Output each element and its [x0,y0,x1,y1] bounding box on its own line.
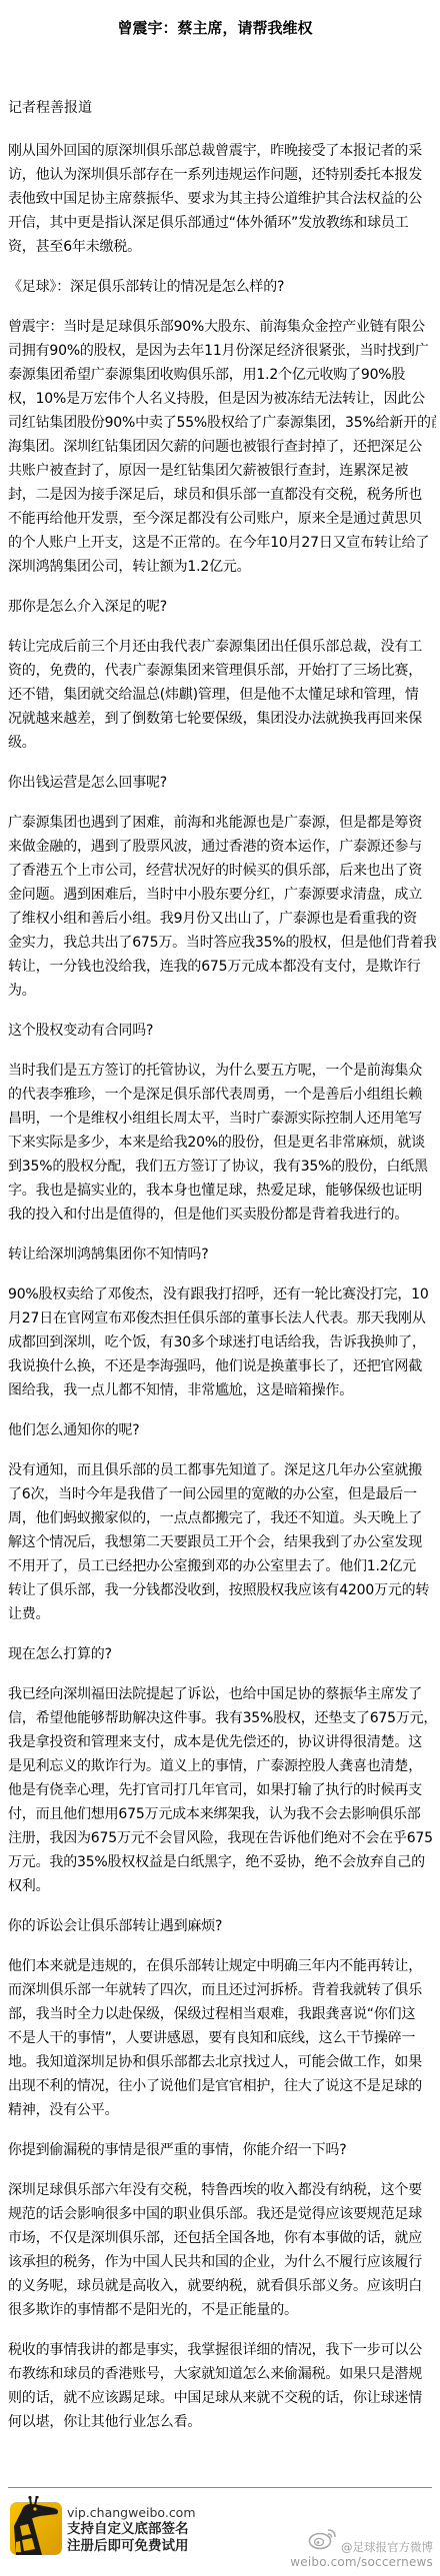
text-line: 你提到偷漏税的事情是很严重的事情，你能介绍一下吗? [8,2138,436,2162]
answer-paragraph: 税收的事情我讲的都是事实，我掌握很详细的情况，我下一步可以公布教练和球员的香港账… [8,2338,436,2434]
text-line: 泰源集团希望广泰源集团收购俱乐部，用1.2个亿元收购了90%股 [8,363,436,387]
text-line: 何以堪，你让其他行业怎么看。 [8,2410,436,2434]
text-line: 还不错，集团就交给温总(炜麒)管理，但是他不太懂足球和管理，情 [8,683,436,707]
text-line: 转让给深圳鸿鹄集团你不知情吗? [8,1243,436,1267]
answer-paragraph: 深圳足球俱乐部六年没有交税，特鲁西埃的收入都没有纳税，这个要规范的话会影响很多中… [8,2178,436,2322]
text-line: 部，我当时全力以赴保级，保级过程相当艰难，我跟龚喜说“你们这 [8,2002,436,2026]
text-line: 资，甚至6年未缴税。 [8,235,436,259]
text-line: 规范的话会影响很多中国的职业俱乐部。我还是觉得应该要规范足球 [8,2202,436,2226]
text-line: 很多欺诈的事情都不是阳光的，不是正能量的。 [8,2298,436,2322]
text-line: 我已经向深圳福田法院提起了诉讼，也给中国足协的蔡振华主席发了 [8,1682,436,1706]
byline: 记者程善报道 [8,96,92,120]
footer-divider [8,2487,432,2488]
watermark-url: weibo.com/soccernews [290,2554,433,2570]
text-line: 当时我们是五方签订的托管协议，为什么要五方呢，一个是前海集众 [8,1059,436,1083]
text-line: 是见利忘义的欺诈行为。道义上的事情，广泰源控股人龚喜也清楚， [8,1754,436,1778]
text-line: 共账户被查封了，原因一是红钻集团欠薪被银行查封，连累深足被 [8,459,436,483]
text-line: 他们本来就是违规的，在俱乐部转让规定中明确三年内不能再转让， [8,1954,436,1978]
text-line: 该承担的税务，作为中国人民共和国的企业，为什么不履行应该履行 [8,2250,436,2274]
text-line: 为。 [8,979,436,1003]
text-line: 权，10%是万宏伟个人名义持股，但是因为被冻结无法转让，因此公 [8,387,436,411]
text-line: 不用开了，员工已经把办公室搬到邓的办公室里去了。他们1.2亿元 [8,1554,436,1578]
text-line: 昌明，一个是维权小组组长周太平，当时广泰源实际控制人还用笔写 [8,1107,436,1131]
text-line: 地。我知道深圳足协和俱乐部都去北京找过人，可能会做工作，如果 [8,2050,436,2074]
answer-paragraph: 他们本来就是违规的，在俱乐部转让规定中明确三年内不能再转让，而深圳俱乐部一年就转… [8,1954,436,2122]
question-paragraph: 那你是怎么介入深足的呢? [8,595,436,619]
answer-paragraph: 当时我们是五方签订的托管协议，为什么要五方呢，一个是前海集众的代表李雅珍，一个是… [8,1059,436,1227]
text-line: 我说换什么换，不还是李海强吗，他们说是换董事长了，还把官网截 [8,1354,436,1378]
text-line: 你的诉讼会让俱乐部转让遇到麻烦? [8,1914,436,1938]
text-line: 这个股权变动有合同吗? [8,1019,436,1043]
text-line: 深圳足球俱乐部六年没有交税，特鲁西埃的收入都没有纳税，这个要 [8,2178,436,2202]
text-line: 注册，我因为675万元不会冒风险，我现在告诉他们绝对不会在乎675 [8,1826,436,1850]
weibo-logo-icon [308,2526,338,2554]
promo-line-1: 支持自定义底部签名 [67,2521,196,2538]
article-title: 曾震宇：蔡主席，请帮我维权 [0,18,430,38]
text-line: 图给我，我一点儿都不知情，非常尴尬，这是暗箱操作。 [8,1378,436,1402]
question-paragraph: 你出钱运营是怎么回事呢? [8,771,436,795]
text-line: 级。 [8,731,436,755]
text-line: 90%股权卖给了邓俊杰，没有跟我打招呼，还有一轮比赛没打完，10 [8,1283,436,1306]
text-line: 我的投入和付出是值得的，但是他们买卖股份都是背着我进行的。 [8,1203,436,1227]
article-body: 刚从国外回国的原深圳俱乐部总裁曾震宇，昨晚接受了本报记者的采访，他认为深圳俱乐部… [8,139,436,2450]
text-line: 我是拿投资和管理来支付，成本是优先偿还的，协议讲得很清楚。这 [8,1730,436,1754]
text-line: 下来实际是多少，本来是给我20%的股份，但是更名非常麻烦，就谈 [8,1131,436,1155]
intro-paragraph: 刚从国外回国的原深圳俱乐部总裁曾震宇，昨晚接受了本报记者的采访，他认为深圳俱乐部… [8,139,436,259]
text-line: 司红钻集团股份90%中卖了55%股权给了广泰源集团，35%给新开的前 [8,411,436,435]
answer-paragraph: 90%股权卖给了邓俊杰，没有跟我打招呼，还有一轮比赛没打完，10月27日在官网宣… [8,1283,436,1402]
text-line: 信，希望他能够帮助解决这件事。我有35%股权，还垫支了675万元， [8,1706,436,1730]
text-line: 则的话，就不应该踢足球。中国足球从来就不交税的话，你让球迷情 [8,2386,436,2410]
text-line: 的个人账户上开支，这是不正常的。在今年10月27日又宣布转让给了 [8,531,436,555]
text-line: 你出钱运营是怎么回事呢? [8,771,436,795]
text-line: 了维权小组和善后小组。我9月份又出山了，广泰源也是看重我的资 [8,907,436,931]
text-line: 来做金融的，遇到了股票风波，通过香港的资本运作，广泰源还参与 [8,835,436,859]
text-line: 的义务呢，球员就是高收入，就要纳税，就看俱乐部义务。应该明白 [8,2274,436,2298]
text-line: 现在怎么打算的? [8,1642,436,1666]
text-line: 市场，不仅是深圳俱乐部，还包括全国各地，你有本事做的话，就应 [8,2226,436,2250]
answer-paragraph: 广泰源集团也遇到了困难，前海和兆能源也是广泰源，但是都是筹资来做金融的，遇到了股… [8,811,436,1003]
text-line: 精神，没有公平。 [8,2098,436,2122]
text-line: 让费。 [8,1602,436,1626]
text-line: 资的，免费的，代表广泰源集团来管理俱乐部，开始打了三场比赛， [8,659,436,683]
text-line: 金实力，我总共出了675万。当时答应我35%的股权，但是他们背着我 [8,931,436,955]
question-paragraph: 转让给深圳鸿鹄集团你不知情吗? [8,1243,436,1267]
text-line: 广泰源集团也遇到了困难，前海和兆能源也是广泰源，但是都是筹资 [8,811,436,835]
text-line: 的代表李雅珍，一个是深足俱乐部代表周勇，一个是善后小组组长赖 [8,1083,436,1107]
text-line: 曾震宇：当时是足球俱乐部90%大股东、前海集众金控产业链有限公 [8,315,436,339]
weibo-watermark: @足球报官方微博 weibo.com/soccernews [290,2530,433,2570]
text-line: 转让，一分钱也没给我，连我的675万元成本都没有支付，是欺诈行 [8,955,436,979]
text-line: 了香港五个上市公司，经营状况好的时候买的俱乐部，后来也出了资 [8,859,436,883]
text-line: 成都回到深圳，吃个饭，有30多个球迷打电话给我，告诉我换帅了， [8,1330,436,1354]
answer-paragraph: 曾震宇：当时是足球俱乐部90%大股东、前海集众金控产业链有限公司拥有90%的股权… [8,315,436,579]
text-line: 刚从国外回国的原深圳俱乐部总裁曾震宇，昨晚接受了本报记者的采 [8,139,436,163]
text-line: 访，他认为深圳俱乐部存在一系列违规运作问题，还特别委托本报发 [8,163,436,187]
text-line: 深圳鸿鹄集团公司，转让额为1.2亿元。 [8,555,436,579]
answer-paragraph: 转让完成后前三个月还由我代表广泰源集团出任俱乐部总裁，没有工资的，免费的，代表广… [8,635,436,755]
text-line: 出现不利的情况，往小了说他们是官官相护，往大了说这不是足球的 [8,2074,436,2098]
promo-url: vip.changweibo.com [67,2504,196,2521]
text-line: 到35%的股权分配，我们五方签订了协议，我有35%的股份，白纸黑 [8,1155,436,1179]
promo-signature: vip.changweibo.com 支持自定义底部签名 注册后即可免费试用 [67,2504,196,2555]
text-line: 海集团。深圳红钻集团因欠薪的问题也被银行查封掉了，还把深足公 [8,435,436,459]
text-line: 了6次，当时今年是我借了一间公园里的宽敞的办公室，但是最后一 [8,1482,436,1506]
text-line: 布教练和球员的香港账号，大家就知道怎么来偷漏税。如果只是潜规 [8,2362,436,2386]
text-line: 他是有侥幸心理，先打官司打几年官司，如果打输了执行的时候再支 [8,1778,436,1802]
answer-paragraph: 没有通知，而且俱乐部的员工都事先知道了。深足这几年办公室就搬了6次，当时今年是我… [8,1458,436,1626]
watermark-handle: @足球报官方微博 [341,2540,433,2554]
text-line: 税收的事情我讲的都是事实，我掌握很详细的情况，我下一步可以公 [8,2338,436,2362]
text-line: 月27日在官网宣布邓俊杰担任俱乐部的董事长法人代表。那天我刚从 [8,1306,436,1330]
question-paragraph: 现在怎么打算的? [8,1642,436,1666]
text-line: 字。我也是搞实业的，我本身也懂足球，热爱足球，能够保级也证明 [8,1179,436,1203]
text-line: 表他致中国足协主席蔡振华、要求为其主持公道维护其合法权益的公 [8,187,436,211]
text-line: 他们怎么通知你的呢? [8,1418,436,1442]
text-line: 那你是怎么介入深足的呢? [8,595,436,619]
text-line: 转让完成后前三个月还由我代表广泰源集团出任俱乐部总裁，没有工 [8,635,436,659]
text-line: 封，二是因为接手深足后，球员和俱乐部一直都没有交税，税务所也 [8,483,436,507]
giraffe-logo-icon [10,2496,62,2556]
text-line: 付，而且他们想用675万元成本来绑架我，认为我不会去影响俱乐部 [8,1802,436,1826]
question-paragraph: 他们怎么通知你的呢? [8,1418,436,1442]
question-paragraph: 这个股权变动有合同吗? [8,1019,436,1043]
question-paragraph: 《足球》：深足俱乐部转让的情况是怎么样的? [8,275,436,299]
question-paragraph: 你提到偷漏税的事情是很严重的事情，你能介绍一下吗? [8,2138,436,2162]
question-paragraph: 你的诉讼会让俱乐部转让遇到麻烦? [8,1914,436,1938]
text-line: 万元。我的35%股权权益是白纸黑字，绝不妥协，绝不会放弃自己的 [8,1850,436,1874]
text-line: 开信，其中更是指认深足俱乐部通过“体外循环”发放教练和球员工 [8,211,436,235]
text-line: 金问题。遇到困难后，当时中小股东要分红，广泰源要求清盘，成立 [8,883,436,907]
text-line: 司拥有90%的股权，是因为去年11月份深足经济很紧张，当时找到广 [8,339,436,363]
answer-paragraph: 我已经向深圳福田法院提起了诉讼，也给中国足协的蔡振华主席发了信，希望他能够帮助解… [8,1682,436,1898]
text-line: 权利。 [8,1874,436,1898]
text-line: 不是人干的事情”，人要讲感恩，要有良知和底线，这么干节操碎一 [8,2026,436,2050]
text-line: 没有通知，而且俱乐部的员工都事先知道了。深足这几年办公室就搬 [8,1458,436,1482]
text-line: 解这个情况后，我想第二天要跟员工开个会，结果我到了办公室发现 [8,1530,436,1554]
text-line: 转让了俱乐部，我一分钱都没收到，按照股权我应该有4200万元的转 [8,1578,436,1602]
text-line: 不能再给他开发票，至今深足都没有公司账户，原来全是通过黄思贝 [8,507,436,531]
text-line: 周，他们蚂蚁搬家似的，一点点都搬完了，我还不知道。头天晚上了 [8,1506,436,1530]
text-line: 况就越来越差，到了倒数第七轮要保级，集团没办法就换我再回来保 [8,707,436,731]
promo-line-2: 注册后即可免费试用 [67,2538,196,2555]
text-line: 而深圳俱乐部一年就转了四次，而且还过河拆桥。背着我就转了俱乐 [8,1978,436,2002]
text-line: 《足球》：深足俱乐部转让的情况是怎么样的? [8,275,436,299]
